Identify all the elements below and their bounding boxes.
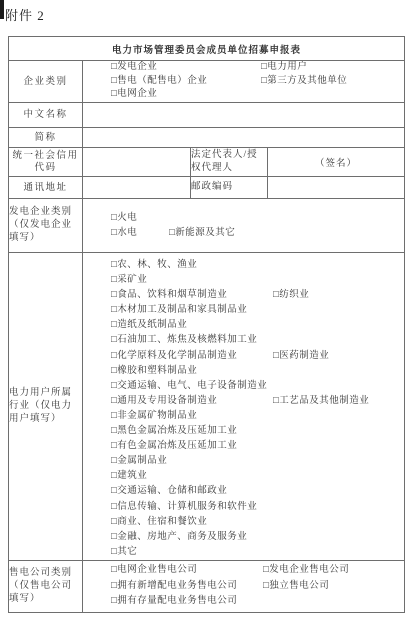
checkbox-option-paper[interactable]: □造纸及纸制品业 <box>111 318 273 333</box>
chinese-name-value[interactable] <box>83 103 405 128</box>
attachment-label: 附件 2 <box>5 5 45 24</box>
checkbox-option-it-software[interactable]: □信息传输、计算机服务和软件业 <box>111 500 273 515</box>
checkbox-option-chemical[interactable]: □化学原料及化学制品制造业 <box>111 349 273 364</box>
address-label: 通讯地址 <box>9 177 83 199</box>
gen-category-label: 发电企业类别（仅发电企业填写） <box>9 199 83 253</box>
option-row: □发电企业 □电力用户 <box>111 61 404 75</box>
option-row: □拥有新增配电业务售电公司 □独立售电公司 <box>111 579 404 595</box>
option-row: □水电 □新能源及其它 <box>111 226 404 241</box>
retail-category-options: □电网企业售电公司 □发电企业售电公司 □拥有新增配电业务售电公司 □独立售电公… <box>83 563 404 610</box>
address-value[interactable] <box>83 177 191 199</box>
option-row: □售电（配售电）企业 □第三方及其他单位 <box>111 75 404 89</box>
option-row: □电网企业 <box>111 88 404 102</box>
checkbox-option-finance-realestate[interactable]: □金融、房地产、商务及服务业 <box>111 530 273 545</box>
checkbox-option-thermal[interactable]: □火电 <box>111 211 169 226</box>
checkbox-option-mining[interactable]: □采矿业 <box>111 273 273 288</box>
checkbox-option-gen-enterprise[interactable]: □发电企业 <box>111 61 261 75</box>
checkbox-option-construction[interactable]: □建筑业 <box>111 469 273 484</box>
postal-code-value[interactable] <box>268 177 405 199</box>
checkbox-option-new-distribution-retail[interactable]: □拥有新增配电业务售电公司 <box>111 579 263 595</box>
checkbox-option-pharma[interactable]: □医药制造业 <box>273 349 329 364</box>
text-cursor <box>0 0 4 19</box>
checkbox-option-commerce-catering[interactable]: □商业、住宿和餐饮业 <box>111 515 273 530</box>
checkbox-option-general-equipment[interactable]: □通用及专用设备制造业 <box>111 394 273 409</box>
short-name-label: 简称 <box>9 128 83 148</box>
user-industry-label: 电力用户所属行业（仅电力用户填写） <box>9 253 83 561</box>
checkbox-option-other[interactable]: □其它 <box>111 545 273 560</box>
checkbox-option-nonmetal-mineral[interactable]: □非金属矿物制品业 <box>111 409 273 424</box>
checkbox-option-stock-distribution-retail[interactable]: □拥有存量配电业务售电公司 <box>111 594 263 610</box>
credit-code-value[interactable] <box>83 148 191 177</box>
enterprise-category-label: 企业类别 <box>9 61 83 103</box>
checkbox-option-crafts[interactable]: □工艺品及其他制造业 <box>273 394 369 409</box>
checkbox-option-power-user[interactable]: □电力用户 <box>261 61 307 75</box>
option-row: □火电 <box>111 211 404 226</box>
checkbox-option-petroleum[interactable]: □石油加工、炼焦及核燃料加工业 <box>111 333 273 348</box>
enterprise-category-options: □发电企业 □电力用户 □售电（配售电）企业 □第三方及其他单位 □电网企业 <box>83 61 404 102</box>
checkbox-option-new-energy[interactable]: □新能源及其它 <box>169 226 235 241</box>
signature-placeholder[interactable]: （签名） <box>268 148 405 177</box>
chinese-name-label: 中文名称 <box>9 103 83 128</box>
option-row: □拥有存量配电业务售电公司 <box>111 594 404 610</box>
legal-representative-label: 法定代表人/授权代理人 <box>191 148 268 177</box>
option-row: □电网企业售电公司 □发电企业售电公司 <box>111 563 404 579</box>
checkbox-option-retail-enterprise[interactable]: □售电（配售电）企业 <box>111 75 261 89</box>
credit-code-label: 统一社会信用代码 <box>9 148 83 177</box>
retail-category-label: 售电公司类别（仅售电公司填写） <box>9 560 83 612</box>
form-title: 电力市场管理委员会成员单位招募申报表 <box>9 37 405 61</box>
checkbox-option-wood-furniture[interactable]: □木材加工及制品和家具制品业 <box>111 303 273 318</box>
user-industry-options: □农、林、牧、渔业 □采矿业 □食品、饮料和烟草制造业□纺织业 □木材加工及制品… <box>83 253 404 560</box>
gen-category-options: □火电 □水电 □新能源及其它 <box>83 211 404 241</box>
postal-code-label: 邮政编码 <box>191 177 268 199</box>
checkbox-option-transport-storage-post[interactable]: □交通运输、仓储和邮政业 <box>111 484 273 499</box>
document-page: 附件 2 电力市场管理委员会成员单位招募申报表 企业类别 □发电企业 □电力用户… <box>0 0 412 620</box>
checkbox-option-ferrous-metal[interactable]: □黑色金属冶炼及压延加工业 <box>111 424 273 439</box>
checkbox-option-rubber-plastic[interactable]: □橡胶和塑料制品业 <box>111 364 273 379</box>
checkbox-option-food-beverage[interactable]: □食品、饮料和烟草制造业 <box>111 288 273 303</box>
checkbox-option-hydro[interactable]: □水电 <box>111 226 169 241</box>
checkbox-option-third-party[interactable]: □第三方及其他单位 <box>261 75 347 89</box>
checkbox-option-grid-enterprise[interactable]: □电网企业 <box>111 88 261 102</box>
checkbox-option-grid-retail[interactable]: □电网企业售电公司 <box>111 563 263 579</box>
checkbox-option-agriculture[interactable]: □农、林、牧、渔业 <box>111 258 273 273</box>
checkbox-option-nonferrous-metal[interactable]: □有色金属冶炼及压延加工业 <box>111 439 273 454</box>
checkbox-option-textile[interactable]: □纺织业 <box>273 288 309 303</box>
short-name-value[interactable] <box>83 128 405 148</box>
checkbox-option-gen-retail[interactable]: □发电企业售电公司 <box>263 563 349 579</box>
checkbox-option-metal-products[interactable]: □金属制品业 <box>111 454 273 469</box>
checkbox-option-independent-retail[interactable]: □独立售电公司 <box>263 579 329 595</box>
checkbox-option-transport-equipment[interactable]: □交通运输、电气、电子设备制造业 <box>111 379 273 394</box>
application-form-table: 电力市场管理委员会成员单位招募申报表 企业类别 □发电企业 □电力用户 □售电（… <box>8 36 405 613</box>
